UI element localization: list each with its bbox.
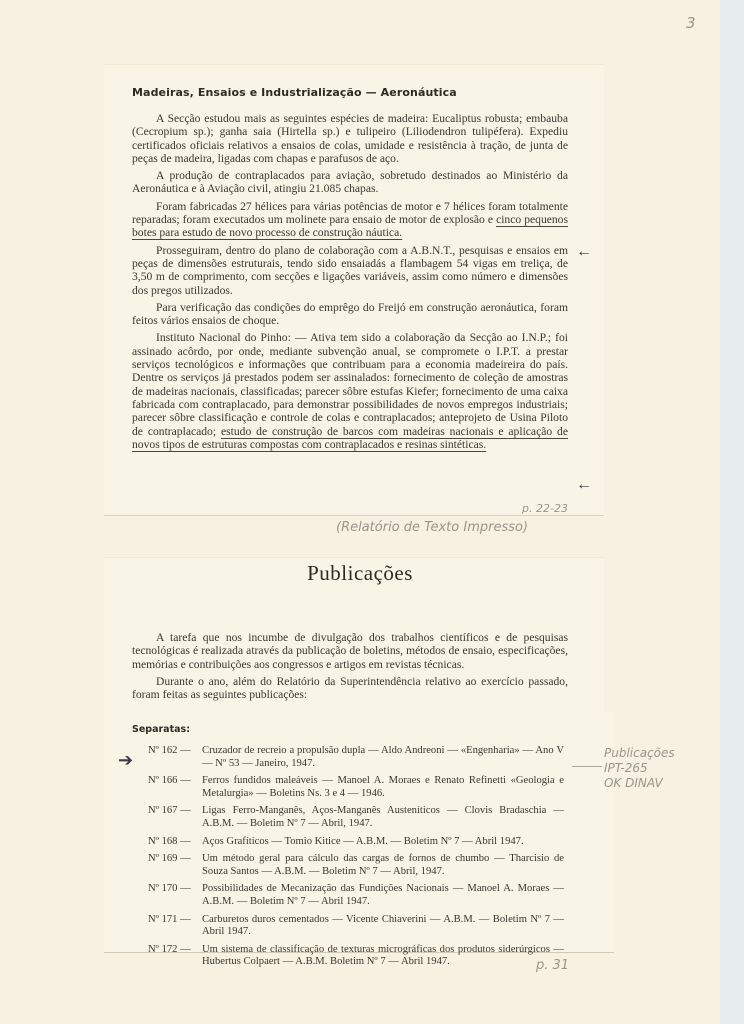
list-item: Nº 170 —Possibilidades de Mecanização da… bbox=[148, 883, 564, 908]
margin-note-connector bbox=[572, 766, 602, 767]
list-item: Nº 166 —Ferros fundidos maleáveis — Mano… bbox=[148, 775, 564, 800]
arrow-left-icon: ← bbox=[576, 477, 592, 493]
paragraph: A produção de contraplacados para aviaçã… bbox=[132, 169, 568, 196]
document-page: 3 Madeiras, Ensaios e Industrialização —… bbox=[0, 0, 720, 1024]
list-item: Nº 172 —Um sistema de classificação de t… bbox=[148, 944, 564, 969]
paragraph: A tarefa que nos incumbe de divulgação d… bbox=[132, 631, 568, 671]
list-item: Nº 168 —Aços Grafíticos — Tomio Kitice —… bbox=[148, 836, 564, 849]
separatas-list: Nº 162 —Cruzador de recreio a propulsão … bbox=[148, 745, 564, 974]
list-item: Nº 162 —Cruzador de recreio a propulsão … bbox=[148, 745, 564, 770]
handwritten-page-number: 3 bbox=[686, 14, 696, 32]
paragraph: Foram fabricadas 27 hélices para várias … bbox=[132, 200, 568, 240]
section-body: A Secção estudou mais as seguintes espéc… bbox=[132, 112, 568, 455]
paragraph: A Secção estudou mais as seguintes espéc… bbox=[132, 112, 568, 165]
section-title: Madeiras, Ensaios e Industrialização — A… bbox=[132, 86, 457, 99]
handwritten-page-ref: p. 31 bbox=[536, 958, 569, 973]
paragraph: Prosseguiram, dentro do plano de colabor… bbox=[132, 244, 568, 297]
handwritten-note: (Relatório de Texto Impresso) bbox=[336, 520, 528, 535]
list-item: Nº 171 —Carburetos duros cementados — Vi… bbox=[148, 914, 564, 939]
arrow-right-icon: ➔ bbox=[118, 751, 133, 769]
list-item: Nº 167 —Ligas Ferro-Manganês, Aços-Manga… bbox=[148, 805, 564, 830]
separatas-title: Separatas: bbox=[132, 724, 190, 735]
publications-body: A tarefa que nos incumbe de divulgação d… bbox=[132, 631, 568, 705]
handwritten-page-ref: p. 22-23 bbox=[522, 502, 568, 515]
publications-title: Publicações bbox=[0, 561, 720, 586]
list-item: Nº 169 —Um método geral para cálculo das… bbox=[148, 853, 564, 878]
arrow-left-icon: ← bbox=[576, 244, 592, 260]
handwritten-margin-note: Publicações IPT-265 OK DINAV bbox=[604, 746, 675, 791]
paragraph: Instituto Nacional do Pinho: — Ativa tem… bbox=[132, 331, 568, 451]
paragraph: Para verificação das condições do emprêg… bbox=[132, 301, 568, 328]
paragraph: Durante o ano, além do Relatório da Supe… bbox=[132, 675, 568, 702]
